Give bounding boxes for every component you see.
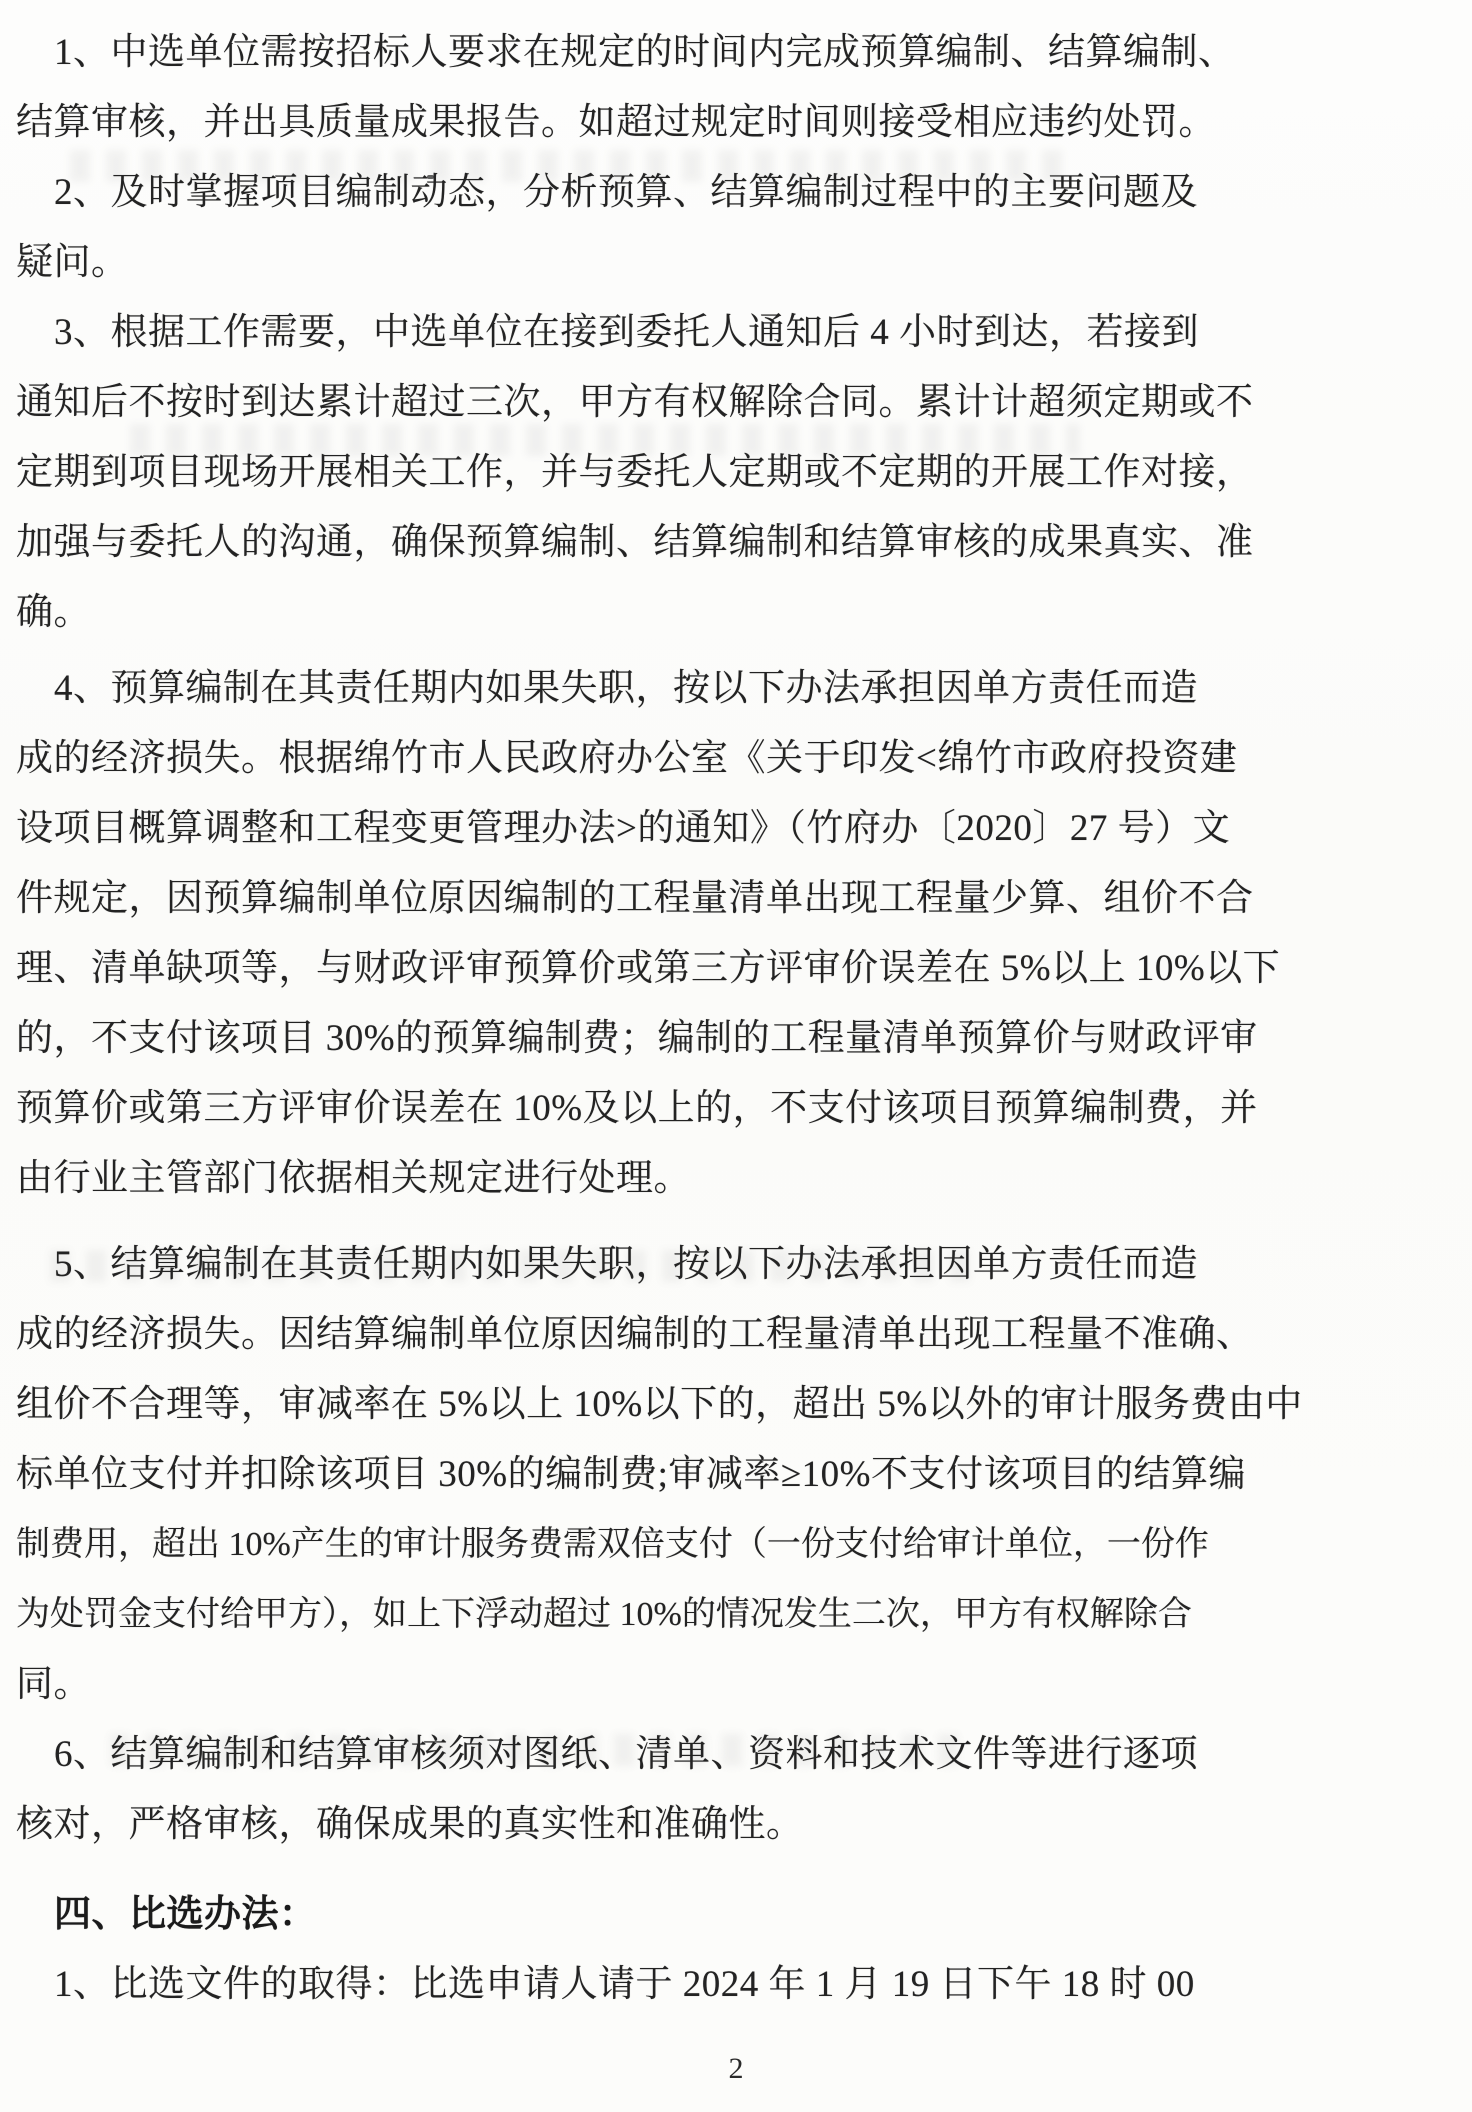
text-line: 结算审核，并出具质量成果报告。如超过规定时间则接受相应违约处罚。 xyxy=(16,88,1216,158)
text-line: 由行业主管部门依据相关规定进行处理。 xyxy=(16,1144,1216,1214)
text-line: 成的经济损失。因结算编制单位原因编制的工程量清单出现工程量不准确、 xyxy=(16,1300,1216,1370)
text-line: 确。 xyxy=(16,578,1216,648)
document-body: 1、中选单位需按招标人要求在规定的时间内完成预算编制、结算编制、结算审核，并出具… xyxy=(16,18,1216,2020)
text-line: 核对，严格审核，确保成果的真实性和准确性。 xyxy=(16,1790,1216,1860)
text-line: 3、根据工作需要，中选单位在接到委托人通知后 4 小时到达，若接到 xyxy=(16,298,1216,368)
text-line: 的，不支付该项目 30%的预算编制费；编制的工程量清单预算价与财政评审 xyxy=(16,1004,1216,1074)
text-line: 制费用，超出 10%产生的审计服务费需双倍支付（一份支付给审计单位，一份作 xyxy=(16,1510,1216,1580)
text-line: 1、中选单位需按招标人要求在规定的时间内完成预算编制、结算编制、 xyxy=(16,18,1216,88)
document-page: 1、中选单位需按招标人要求在规定的时间内完成预算编制、结算编制、结算审核，并出具… xyxy=(0,0,1472,2112)
text-line: 成的经济损失。根据绵竹市人民政府办公室《关于印发<绵竹市政府投资建 xyxy=(16,724,1216,794)
text-line: 定期到项目现场开展相关工作，并与委托人定期或不定期的开展工作对接， xyxy=(16,438,1216,508)
text-line: 设项目概算调整和工程变更管理办法>的通知》（竹府办〔2020〕27 号）文 xyxy=(16,794,1216,864)
section-heading: 四、比选办法： xyxy=(16,1880,1216,1950)
text-line: 1、比选文件的取得：比选申请人请于 2024 年 1 月 19 日下午 18 时… xyxy=(16,1950,1216,2020)
text-line: 预算价或第三方评审价误差在 10%及以上的，不支付该项目预算编制费，并 xyxy=(16,1074,1216,1144)
text-line: 通知后不按时到达累计超过三次，甲方有权解除合同。累计计超须定期或不 xyxy=(16,368,1216,438)
text-line: 标单位支付并扣除该项目 30%的编制费;审减率≥10%不支付该项目的结算编 xyxy=(16,1440,1216,1510)
text-line: 件规定，因预算编制单位原因编制的工程量清单出现工程量少算、组价不合 xyxy=(16,864,1216,934)
text-line: 5、结算编制在其责任期内如果失职，按以下办法承担因单方责任而造 xyxy=(16,1230,1216,1300)
page-number: 2 xyxy=(0,2052,1472,2086)
text-line: 同。 xyxy=(16,1650,1216,1720)
text-line: 4、预算编制在其责任期内如果失职，按以下办法承担因单方责任而造 xyxy=(16,654,1216,724)
text-line: 2、及时掌握项目编制动态，分析预算、结算编制过程中的主要问题及 xyxy=(16,158,1216,228)
text-line: 6、结算编制和结算审核须对图纸、清单、资料和技术文件等进行逐项 xyxy=(16,1720,1216,1790)
text-line: 理、清单缺项等，与财政评审预算价或第三方评审价误差在 5%以上 10%以下 xyxy=(16,934,1216,1004)
text-line: 疑问。 xyxy=(16,228,1216,298)
text-line: 组价不合理等，审减率在 5%以上 10%以下的，超出 5%以外的审计服务费由中 xyxy=(16,1370,1216,1440)
text-line: 为处罚金支付给甲方），如上下浮动超过 10%的情况发生二次，甲方有权解除合 xyxy=(16,1580,1216,1650)
text-line: 加强与委托人的沟通，确保预算编制、结算编制和结算审核的成果真实、准 xyxy=(16,508,1216,578)
